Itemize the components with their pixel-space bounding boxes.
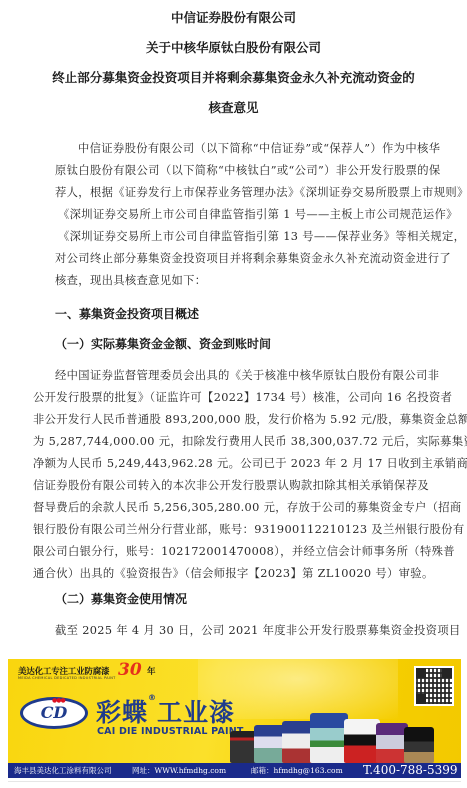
body-line: 信证券股份有限公司转入的本次非公开发行股票认购款扣除其相关承销保荐及 [33,477,429,493]
title-line-2: 关于中核华原钛白股份有限公司 [0,38,467,56]
body-line: 为 5,287,744,000.00 元，扣除发行费用人民币 38,300,03… [33,433,467,449]
anniversary-suffix: 年 [147,665,156,677]
ad-phone-number[interactable]: T.400-788-5399 [363,763,458,777]
intro-line: 《深圳证券交易所上市公司自律监管指引第 1 号——主板上市公司规范运作》 [58,206,458,222]
body-line: 公开发行股票的批复》（证监许可【2022】1734 号）核准，公司向 16 名投… [33,389,452,405]
intro-line: 荐人，根据《证券发行上市保荐业务管理办法》《深圳证券交易所股票上市规则》 [55,184,467,200]
anniversary-badge: 30 [118,660,142,680]
section-heading-1: 一、募集资金投资项目概述 [55,305,199,322]
ad-website-link[interactable]: 网址：WWW.hfmdhg.com [132,765,226,776]
brand-name-en: CAI DIE INDUSTRIAL PAINT [97,726,244,737]
subsection-heading-1: （一）实际募集资金金额、资金到账时间 [55,335,271,352]
title-line-1: 中信证券股份有限公司 [0,8,467,26]
ad-company-name: 海丰县美达化工涂料有限公司 [14,765,112,776]
body-line: 截至 2025 年 4 月 30 日，公司 2021 年度非公开发行股票募集资金… [55,622,461,638]
brand-name: 彩蝶®工业漆 [96,693,235,729]
body-line: 银行股份有限公司兰州分行营业部，账号：931900112210123 及兰州银行… [33,521,464,537]
paint-cans-image [230,711,455,763]
body-line: 限公司白银分行，账号：102172001470008），并经立信会计师事务所（特… [33,543,455,559]
body-line: 净额为人民币 5,249,443,962.28 元。公司已于 2023 年 2 … [33,455,467,471]
intro-line: 对公司终止部分募集资金投资项目并将剩余募集资金永久补充流动资金进行了 [55,250,451,266]
ad-email-link[interactable]: 邮箱：hfmdhg@163.com [251,765,343,776]
body-line: 非公开发行人民币普通股 893,200,000 股，发行价格为 5.92 元/股… [33,411,467,427]
intro-line: 原钛白股份有限公司（以下简称“中核钛白”或“公司”）非公开发行股票的保 [55,162,441,178]
title-line-3: 终止部分募集资金投资项目并将剩余募集资金永久补充流动资金的 [0,68,467,86]
brand-name-suffix: 工业漆 [157,698,235,727]
intro-line: 《深圳证券交易所上市公司自律监管指引第 13 号——保荐业务》等相关规定， [58,228,465,244]
brand-logo-icon: ●●● CD [20,697,88,729]
title-line-4: 核查意见 [0,98,467,116]
body-line: 经中国证券监督管理委员会出具的《关于核准中核华原钛白股份有限公司非 [55,367,439,383]
subsection-heading-2: （二）募集资金使用情况 [55,590,187,607]
body-line: 督导费后的余款人民币 5,256,305,280.00 元，存放于公司的募集资金… [33,499,462,515]
intro-line: 核查，现出具核查意见如下： [55,272,206,288]
body-line: 通合伙）出具的《验资报告》（信会师报字【2023】第 ZL10020 号）审验。 [33,565,434,581]
intro-line: 中信证券股份有限公司（以下简称“中信证券”或“保荐人”）作为中核华 [78,140,440,156]
ad-footer-bar: 海丰县美达化工涂料有限公司 网址：WWW.hfmdhg.com 邮箱：hfmdh… [8,763,461,778]
logo-text: CD [23,703,85,722]
advertisement-banner[interactable]: 美达化工专注工业防腐漆 MEIDA CHEMICAL DEDICATED IND… [8,659,461,778]
registered-mark: ® [148,693,157,702]
qr-code-icon[interactable] [414,666,454,706]
brand-name-main: 彩蝶 [96,698,148,727]
ad-slogan-en: MEIDA CHEMICAL DEDICATED INDUSTRIAL PAIN… [18,676,116,680]
bottom-divider [8,781,461,782]
